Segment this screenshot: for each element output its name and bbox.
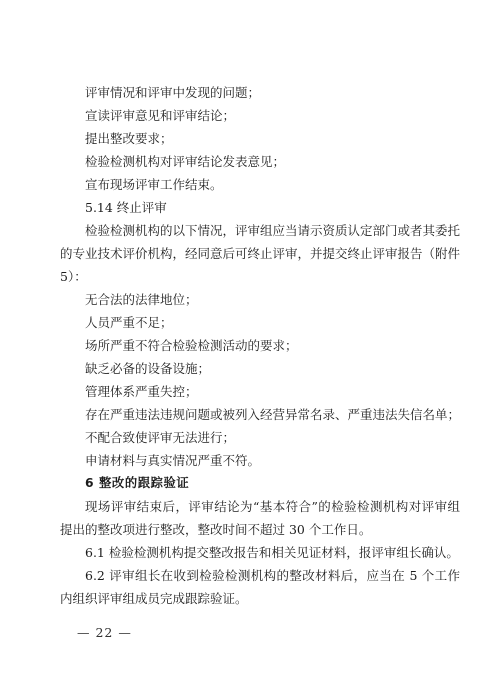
text-line: 5）： (60, 265, 460, 288)
text-line: 宣读评审意见和评审结论； (60, 104, 460, 127)
text-line: 管理体系严重失控； (60, 380, 460, 403)
text-line: 现场评审结束后，评审结论为“基本符合”的检验检测机构对评审组 (60, 495, 460, 518)
text-line: 人员严重不足； (60, 311, 460, 334)
text-line: 的专业技术评价机构，经同意后可终止评审，并提交终止评审报告（附件 (60, 242, 460, 265)
text-line: 检验检测机构的以下情况，评审组应当请示资质认定部门或者其委托 (60, 219, 460, 242)
text-line: 评审情况和评审中发现的问题； (60, 81, 460, 104)
text-line: 不配合致使评审无法进行； (60, 426, 460, 449)
text-line: 宣布现场评审工作结束。 (60, 173, 460, 196)
text-line: 场所严重不符合检验检测活动的要求； (60, 334, 460, 357)
text-line: 存在严重违法违规问题或被列入经营异常名录、严重违法失信名单； (60, 403, 460, 426)
text-line: 6.1 检验检测机构提交整改报告和相关见证材料，报评审组长确认。 (60, 541, 460, 564)
text-line: 提出整改要求； (60, 127, 460, 150)
text-line: 提出的整改项进行整改，整改时间不超过 30 个工作日。 (60, 518, 460, 541)
text-line: 5.14 终止评审 (60, 196, 460, 219)
text-line: 内组织评审组成员完成跟踪验证。 (60, 587, 460, 610)
text-line: 检验检测机构对评审结论发表意见； (60, 150, 460, 173)
text-line: 缺乏必备的设备设施； (60, 357, 460, 380)
text-line: 6.2 评审组长在收到检验检测机构的整改材料后，应当在 5 个工作日 (60, 564, 460, 587)
page-number-footer: — 22 — (77, 624, 132, 642)
section-heading: 6 整改的跟踪验证 (60, 472, 460, 495)
text-line: 申请材料与真实情况严重不符。 (60, 449, 460, 472)
document-body: 评审情况和评审中发现的问题；宣读评审意见和评审结论；提出整改要求；检验检测机构对… (60, 81, 460, 610)
document-page: 评审情况和评审中发现的问题；宣读评审意见和评审结论；提出整改要求；检验检测机构对… (0, 0, 495, 699)
text-line: 无合法的法律地位； (60, 288, 460, 311)
